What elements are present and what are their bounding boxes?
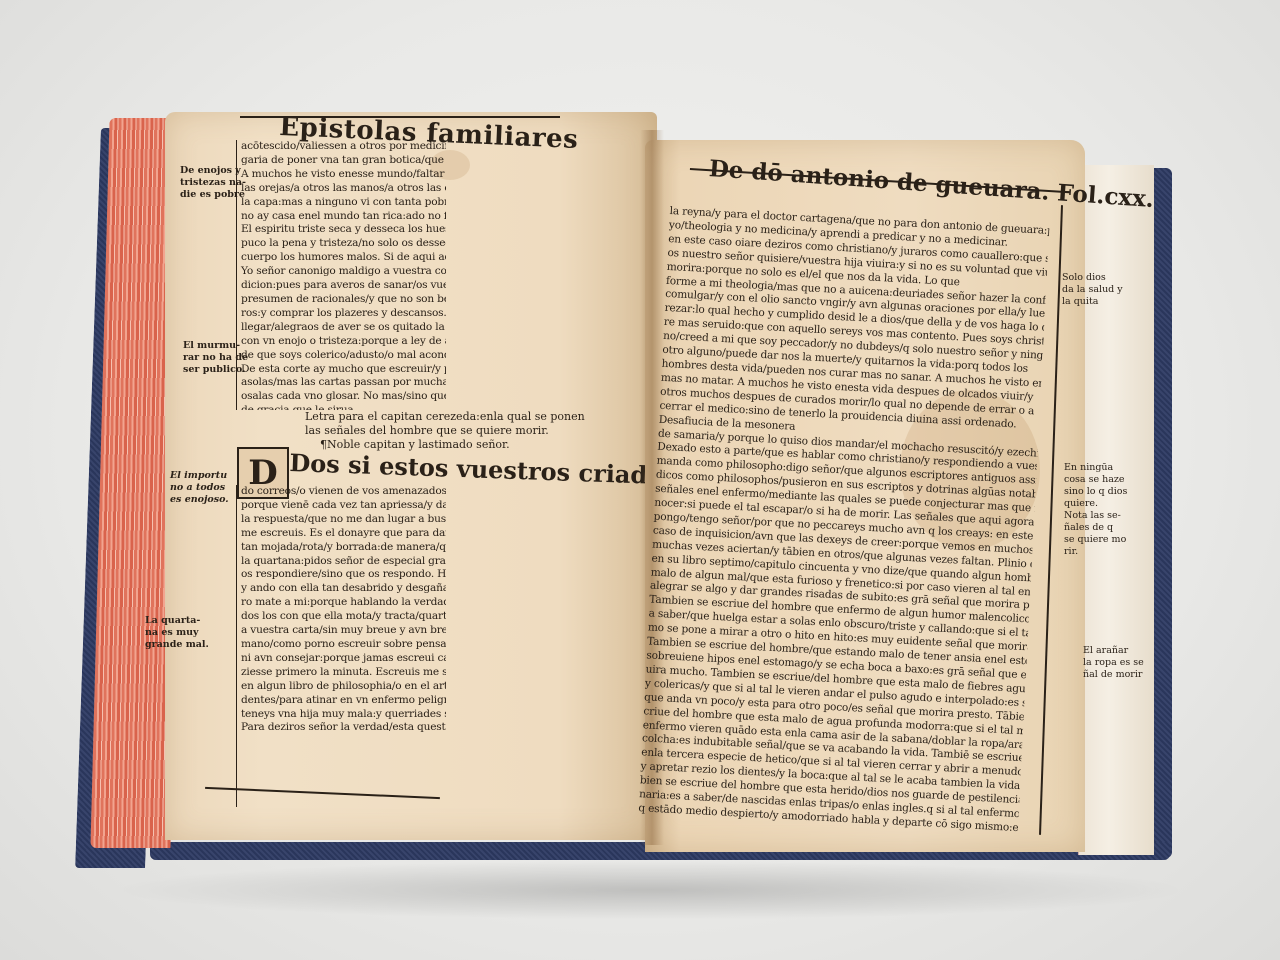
text-line: os respondiere/sino que os respondo. Ha … <box>241 568 446 582</box>
marginal-note: El murmu- rar no ha de ser publico. <box>183 340 248 376</box>
text-line: ro mate a mi:porque hablando la verdad/b… <box>241 596 446 610</box>
text-line: de que soys colerico/adusto/o mal acondi… <box>241 349 446 363</box>
text-line: dentes/para atinar en vn enfermo peligro… <box>241 694 446 708</box>
marginal-note: El importu no a todos es enojoso. <box>170 470 229 506</box>
text-line: dos los con que ella mota/y tracta/quart… <box>241 610 446 624</box>
text-line: ros:y comprar los plazeres y descansos. … <box>241 307 446 321</box>
text-line: con vn enojo o tristeza:porque a ley de … <box>241 335 446 349</box>
text-line: la capa:mas a ninguno vi con tanta pobre… <box>241 196 446 210</box>
text-line: ni avn consejar:porque jamas escreui car… <box>241 652 446 666</box>
letter-heading: Letra para el capitan cerezeda:enla qual… <box>305 410 585 452</box>
text-line: dicion:pues para averos de sanar/os vues… <box>241 279 446 293</box>
text-line: El espiritu triste seca y desseca los hu… <box>241 223 446 237</box>
text-line: en algun libro de philosophia/o en el ar… <box>241 680 446 694</box>
text-line: osalas cada vno glosar. No mas/sino que … <box>241 390 446 404</box>
text-line: la quartana:pidos señor de especial grac… <box>241 555 446 569</box>
marginal-note: La quarta- na es muy grande mal. <box>145 615 209 651</box>
text-line: puco la pena y tristeza/no solo os desse… <box>241 237 446 251</box>
letter-heading-line: Letra para el capitan cerezeda:enla qual… <box>305 410 585 424</box>
text-line: porque vienē cada vez tan apriessa/y dan… <box>241 499 446 513</box>
letter-heading-line: las señales del hombre que se quiere mor… <box>305 424 585 438</box>
text-line: y ando con ella tan desabrido y desgañad… <box>241 582 446 596</box>
text-line: A muchos he visto enesse mundo/faltar a … <box>241 168 446 182</box>
text-line: garia de poner vna tan gran botica/que b… <box>241 154 446 168</box>
text-line: mano/como porno escreuir sobre pensado/l… <box>241 638 446 652</box>
text-line: tan mojada/rota/y borrada:de manera/que … <box>241 541 446 555</box>
text-line: llegar/alegraos de aver se os quitado la… <box>241 321 446 335</box>
text-line: De esta corte ay mucho que escreuir/y po… <box>241 363 446 377</box>
left-text-block-bottom: do correos/o vienen de vos amenazados/o … <box>236 485 446 807</box>
text-line: no ay casa enel mundo tan rica:ado no fa… <box>241 210 446 224</box>
marginal-note: El arañar la ropa es se ñal de morir <box>1083 645 1144 681</box>
marginal-note: Solo dios da la salud y la quita <box>1062 272 1123 308</box>
text-line: Para deziros señor la verdad/esta questi… <box>241 721 446 735</box>
left-text-block-top: acōtescido/valiessen a otros por medicin… <box>236 140 446 410</box>
text-line: la respuesta/que no me dan lugar a busca… <box>241 513 446 527</box>
text-line: las orejas/a otros las manos/a otros las… <box>241 182 446 196</box>
text-line: ziesse primero la minuta. Escreuis me se… <box>241 666 446 680</box>
marginal-note: De enojos y tristezas na- die es pobre <box>180 165 246 201</box>
text-line: me escreuis. Es el donayre que para darl… <box>241 527 446 541</box>
text-line: cuerpo los humores malos. Si de aqui ade… <box>241 251 446 265</box>
marginal-note: En ningūa cosa se haze sino lo q dios qu… <box>1064 462 1127 558</box>
text-line: do correos/o vienen de vos amenazados/o … <box>241 485 446 499</box>
right-text-block: la reyna/y para el doctor cartagena/que … <box>638 205 1050 839</box>
table-shadow <box>110 860 1190 920</box>
text-line: a vuestra carta/sin muy breue y avn breu… <box>241 624 446 638</box>
text-line: asolas/mas las cartas passan por muchas … <box>241 376 446 390</box>
text-line: teneys vna hija muy mala:y querriades sa… <box>241 708 446 722</box>
text-line: presumen de racionales/y que no son best… <box>241 293 446 307</box>
text-line: acōtescido/valiessen a otros por medicin… <box>241 140 446 154</box>
text-line: Yo señor canonigo maldigo a vuestra comp… <box>241 265 446 279</box>
